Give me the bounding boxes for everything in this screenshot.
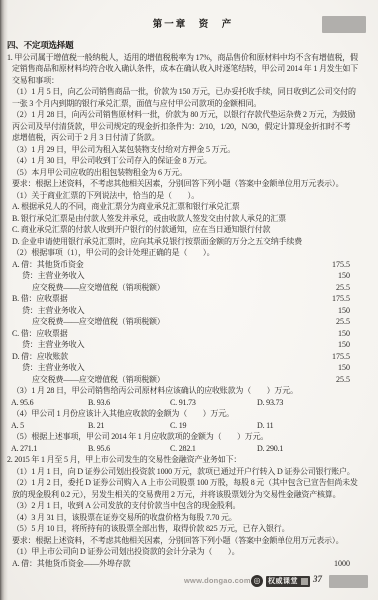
entry-text: 贷：主营业务收入 bbox=[22, 362, 84, 374]
entry-amount: 1000 bbox=[334, 558, 350, 570]
page-number: 37 bbox=[313, 574, 322, 584]
entry-text: A. 借：其他货币资金 bbox=[12, 259, 84, 271]
entry-amount: 175.5 bbox=[332, 259, 350, 271]
header-placeholder-box bbox=[322, 16, 366, 33]
option-item: A. 271.1 bbox=[11, 443, 37, 455]
footer-placeholder-box bbox=[329, 575, 368, 588]
text-line: （3）1 月 29 日，甲公司为租入某包装物支付给对方押金 5 万元。 bbox=[0, 144, 378, 156]
brand-badge: 权威课堂 bbox=[266, 576, 310, 587]
text-line: 虑增值税，丙公司于 2 月 3 日付清了货款。 bbox=[0, 132, 378, 144]
option-item: A. 95.6 bbox=[11, 397, 33, 409]
text-line: （4）甲公司 1 月份应该计入其他应收款的金额为（ ）万元。 bbox=[0, 408, 378, 420]
text-line: B. 银行承兑汇票是由付款人签发并承兑，或由收款人签发交由付款人承兑的汇票 bbox=[0, 213, 378, 225]
entry-text: 贷：主营业务收入 bbox=[22, 339, 84, 351]
text-line: 交易和事项： bbox=[0, 75, 378, 87]
entry-amount: 150 bbox=[338, 328, 350, 340]
option-item: B. 93.6 bbox=[88, 397, 110, 409]
text-line: 定销售商品和原材料均符合收入确认条件，成本在确认收入时逐笔结转，甲公司 2014… bbox=[0, 63, 378, 75]
question-body: 四、不定项选择题1. 甲公司属于增值税一般纳税人，适用的增值税税率为 17%，商… bbox=[0, 40, 378, 569]
text-line: （2）1 月 28 日，向丙公司销售原材料一批，价款为 80 万元，以银行存款代… bbox=[0, 109, 378, 121]
text-line: C. 商业承兑汇票的付款人收到开户银行的付款通知，应在当日通知银行付款 bbox=[0, 224, 378, 236]
options-row: A. 271.1B. 95.6C. 282.1D. 290.1 bbox=[0, 443, 378, 455]
text-line: 1. 甲公司属于增值税一般纳税人，适用的增值税税率为 17%，商品售价和原材料中… bbox=[0, 52, 378, 64]
entry-text: 贷：主营业务收入 bbox=[22, 270, 84, 282]
brand-badge-label: 权威课堂 bbox=[268, 576, 298, 586]
text-line: （3）1 月 28 日，甲公司销售给丙公司原材料应该确认的应收账款为（ ）万元。 bbox=[0, 385, 378, 397]
option-item: D. 93.73 bbox=[257, 397, 283, 409]
entry-amount: 175.5 bbox=[332, 351, 350, 363]
entry-amount: 150 bbox=[338, 270, 350, 282]
text-line: （1）甲上市公司向 D 证券公司划出投资款的会计分录为（ ）。 bbox=[0, 546, 378, 558]
journal-entry-line: A. 借：其他货币资金175.5 bbox=[0, 259, 378, 271]
entry-amount: 150 bbox=[338, 339, 350, 351]
entry-text: 应交税费——应交增值税（销项税额） bbox=[32, 316, 165, 328]
journal-entry-line: 贷：主营业务收入150 bbox=[0, 270, 378, 282]
text-line: 丙公司及早付清货款，甲公司规定的现金折扣条件为：2/10，1/20，N/30，假… bbox=[0, 121, 378, 133]
text-line: 2. 2015 年 1 月至 5 月，甲上市公司发生的交易性金融资产业务如下： bbox=[0, 454, 378, 466]
text-line: 要求：根据上述资料，不考虑其他相关因素，分别回答下列小题（答案中金额单位用万元表… bbox=[0, 535, 378, 547]
option-item: C. 282.1 bbox=[170, 443, 196, 455]
entry-text: A. 借：其他货币资金——外埠存款 bbox=[12, 558, 130, 570]
journal-entry-line: C. 借：应收票据150 bbox=[0, 328, 378, 340]
entry-amount: 25.5 bbox=[336, 374, 350, 386]
text-line: A. 根据承兑人的不同，商业汇票分为商业承兑汇票和银行承兑汇票 bbox=[0, 201, 378, 213]
entry-text: 应交税费——应交增值税（销项税额） bbox=[32, 282, 165, 294]
journal-entry-line: A. 借：其他货币资金——外埠存款1000 bbox=[0, 558, 378, 570]
option-item: A. 5 bbox=[11, 420, 24, 432]
option-item: D. 290.1 bbox=[257, 443, 283, 455]
entry-amount: 150 bbox=[338, 305, 350, 317]
page-footer: www.dongao.com ◎ 权威课堂 37 bbox=[0, 573, 378, 591]
text-line: 放的现金股利 0.2 元），另发生相关的交易费用 2 万元，并将该股票划分为交易… bbox=[0, 489, 378, 501]
text-line: （4）1 月 30 日，甲公司收到丁公司存入的保证金 8 万元。 bbox=[0, 155, 378, 167]
section-title: 四、不定项选择题 bbox=[0, 40, 378, 52]
text-line: 一张 3 个月内到期的银行承兑汇票，面值与应付甲公司款项的金额相同。 bbox=[0, 98, 378, 110]
text-line: （3）2 月 1 日，收到 A 公司发放的支付价款当中包含的现金股利。 bbox=[0, 500, 378, 512]
journal-entry-line: 应交税费——应交增值税（销项税额）25.5 bbox=[0, 374, 378, 386]
entry-text: 应交税费——应交增值税（销项税额） bbox=[32, 374, 165, 386]
options-row: A. 95.6B. 93.6C. 91.73D. 93.73 bbox=[0, 397, 378, 409]
entry-amount: 175.5 bbox=[332, 293, 350, 305]
website-url: www.dongao.com bbox=[184, 576, 251, 585]
option-item: B. 21 bbox=[88, 420, 104, 432]
option-item: C. 19 bbox=[170, 420, 186, 432]
text-line: 要求：根据上述资料，不考虑其他相关因素，分别回答下列小题（答案中金额单位用万元表… bbox=[0, 178, 378, 190]
text-line: （5）5 月 10 日，将所持有的该股票全部出售，取得价款 825 万元，已存入… bbox=[0, 523, 378, 535]
text-line: （1）1 月 1 日，向 D 证券公司划出投资款 1000 万元，款项已通过开户… bbox=[0, 466, 378, 478]
entry-text: 贷：主营业务收入 bbox=[22, 305, 84, 317]
journal-entry-line: 应交税费——应交增值税（销项税额）25.5 bbox=[0, 316, 378, 328]
journal-entry-line: B. 借：应收票据175.5 bbox=[0, 293, 378, 305]
journal-entry-line: D. 借：应收账款175.5 bbox=[0, 351, 378, 363]
option-item: D. 11 bbox=[257, 420, 273, 432]
entry-amount: 25.5 bbox=[336, 316, 350, 328]
text-line: （1）关于商业汇票的下列说法中，恰当的是（ ）。 bbox=[0, 190, 378, 202]
option-item: B. 95.6 bbox=[88, 443, 110, 455]
text-line: （1）1 月 5 日，向乙公司销售商品一批，价款为 150 万元，已办妥托收手续… bbox=[0, 86, 378, 98]
book-page: 第一章 资 产 四、不定项选择题1. 甲公司属于增值税一般纳税人，适用的增值税税… bbox=[0, 0, 378, 600]
badge-corner bbox=[301, 578, 308, 585]
entry-text: D. 借：应收账款 bbox=[12, 351, 68, 363]
dongao-logo-icon: ◎ bbox=[251, 575, 263, 587]
text-line: （5）本月甲公司应收的出租包装物租金为 6 万元。 bbox=[0, 167, 378, 179]
journal-entry-line: 贷：主营业务收入150 bbox=[0, 362, 378, 374]
options-row: A. 5B. 21C. 19D. 11 bbox=[0, 420, 378, 432]
text-line: （5）根据上述事项，甲公司 2014 年 1 月应收款项的金额为（ ）万元。 bbox=[0, 431, 378, 443]
entry-amount: 25.5 bbox=[336, 282, 350, 294]
journal-entry-line: 应交税费——应交增值税（销项税额）25.5 bbox=[0, 282, 378, 294]
entry-text: C. 借：应收票据 bbox=[12, 328, 68, 340]
entry-text: B. 借：应收票据 bbox=[12, 293, 68, 305]
entry-amount: 150 bbox=[338, 362, 350, 374]
option-item: C. 91.73 bbox=[170, 397, 196, 409]
text-line: D. 企业申请使用银行承兑汇票时，应向其承兑银行按票面金额的万分之五交纳手续费 bbox=[0, 236, 378, 248]
text-line: （2）根据事项（1），甲公司的会计处理正确的是（ ）。 bbox=[0, 247, 378, 259]
journal-entry-line: 贷：主营业务收入150 bbox=[0, 339, 378, 351]
text-line: （4）3 月 31 日，该股票在证券交易所的收盘价格为每股 7.70 元。 bbox=[0, 512, 378, 524]
text-line: （2）1 月 2 日，委托 D 证券公司购入 A 上市公司股票 100 万股，每… bbox=[0, 477, 378, 489]
journal-entry-line: 贷：主营业务收入150 bbox=[0, 305, 378, 317]
